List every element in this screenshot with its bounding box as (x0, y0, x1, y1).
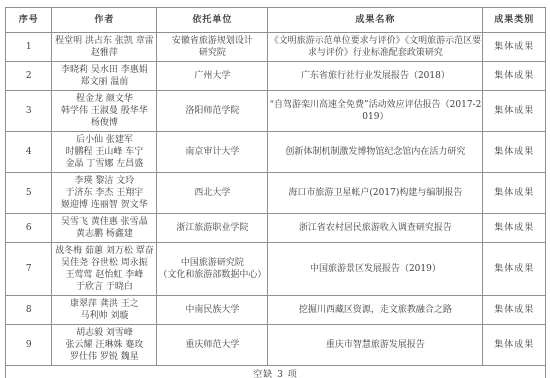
institution-cell-line: 中南民族大学 (158, 304, 266, 316)
achievement-cell: “自驾游栾川高速全免费”活动效应评估报告（2017-2019） (268, 91, 483, 132)
table-row: 5李瑛 黎洁 文玲于济东 李杰 王翔宇姬迎博 连丽智 贺文华西北大学海口市旅游卫… (6, 173, 546, 214)
row-number-cell: 4 (6, 132, 52, 173)
achievement-cell: 浙江省农村居民旅游收入调查研究报告 (268, 214, 483, 243)
achievement-cell-line: 《文明旅游示范单位要求与评价》《文明旅游示范区要求与评价》行业标准配套政策研究 (269, 35, 481, 59)
achievement-cell-line: 重庆市智慧旅游发展报告 (269, 339, 481, 351)
category-cell: 集体成果 (483, 214, 546, 243)
row-number-cell: 2 (6, 62, 52, 91)
authors-cell-line: 金晶 丁雪娜 左昌盛 (53, 158, 155, 170)
category-cell-line: 集体成果 (484, 339, 544, 351)
achievement-cell: 挖掘川西藏区资源，走文旅教融合之路 (268, 296, 483, 325)
category-cell: 集体成果 (483, 62, 546, 91)
row-number-cell-line: 9 (7, 339, 50, 351)
category-cell-line: 集体成果 (484, 41, 544, 53)
row-number-cell-line: 3 (7, 105, 50, 117)
achievement-cell: 中国旅游景区发展报告（2019） (268, 243, 483, 296)
category-cell: 集体成果 (483, 243, 546, 296)
category-cell-line: 集体成果 (484, 263, 544, 275)
table-body: 1程堂明 洪占东 张凯 章雷赵雅萍安徽省旅游规划设计研究院《文明旅游示范单位要求… (6, 33, 546, 366)
category-cell: 集体成果 (483, 33, 546, 62)
authors-cell-line: 李晓莉 吴水田 李惠娟 (53, 64, 155, 76)
authors-cell-line: 胡志毅 刘雪峰 (53, 327, 155, 339)
row-number-cell-line: 7 (7, 263, 50, 275)
table-row: 1程堂明 洪占东 张凯 章雷赵雅萍安徽省旅游规划设计研究院《文明旅游示范单位要求… (6, 33, 546, 62)
institution-cell-line: 洛阳师范学院 (158, 105, 266, 117)
achievement-cell: 海口市旅游卫星帐户(2017)构建与编制报告 (268, 173, 483, 214)
authors-cell-line: 郑文丽 温前 (53, 76, 155, 88)
institution-cell: 安徽省旅游规划设计研究院 (157, 33, 268, 62)
institution-cell-line: （文化和旅游部数据中心） (158, 269, 266, 281)
institution-cell-line: 安徽省旅游规划设计 (158, 35, 266, 47)
authors-cell-line: 于济东 李杰 王翔宇 (53, 187, 155, 199)
row-number-cell: 1 (6, 33, 52, 62)
header-institution: 依托单位 (157, 8, 268, 33)
row-number-cell: 9 (6, 325, 52, 366)
institution-cell: 西北大学 (157, 173, 268, 214)
authors-cell-line: 王莺莺 赵怡虹 李峰 (53, 269, 155, 281)
authors-cell-line: 姬迎博 连丽智 贺文华 (53, 199, 155, 211)
table-row: 4后小仙 张建军时鹏程 王山峰 车宁金晶 丁雪娜 左昌盛南京审计大学创新体制机制… (6, 132, 546, 173)
category-cell: 集体成果 (483, 132, 546, 173)
authors-cell: 吴雪飞 黄佳惠 张雪晶黄志鹏 杨鑫建 (52, 214, 157, 243)
vacancy-note: 空缺 3 项 (6, 366, 546, 378)
row-number-cell-line: 5 (7, 187, 50, 199)
row-number-cell: 6 (6, 214, 52, 243)
table-row: 7战冬梅 茹蕙 刘万松 覃奋吴佳尧 谷世松 周永振王莺莺 赵怡虹 李峰于欣言 于… (6, 243, 546, 296)
achievement-cell-line: “自驾游栾川高速全免费”活动效应评估报告（2017-2019） (269, 99, 481, 123)
institution-cell-line: 研究院 (158, 47, 266, 59)
row-number-cell: 8 (6, 296, 52, 325)
authors-cell-line: 程金龙 颜文华 (53, 93, 155, 105)
footer-row: 空缺 3 项 (6, 366, 546, 378)
achievement-cell-line: 浙江省农村居民旅游收入调查研究报告 (269, 222, 481, 234)
row-number-cell-line: 4 (7, 146, 50, 158)
category-cell-line: 集体成果 (484, 70, 544, 82)
authors-cell: 后小仙 张建军时鹏程 王山峰 车宁金晶 丁雪娜 左昌盛 (52, 132, 157, 173)
category-cell-line: 集体成果 (484, 146, 544, 158)
category-cell-line: 集体成果 (484, 187, 544, 199)
institution-cell-line: 中国旅游研究院 (158, 257, 266, 269)
institution-cell-line: 浙江旅游职业学院 (158, 222, 266, 234)
category-cell: 集体成果 (483, 91, 546, 132)
row-number-cell: 5 (6, 173, 52, 214)
row-number-cell: 3 (6, 91, 52, 132)
authors-cell-line: 李瑛 黎洁 文玲 (53, 175, 155, 187)
institution-cell-line: 南京审计大学 (158, 146, 266, 158)
authors-cell: 战冬梅 茹蕙 刘万松 覃奋吴佳尧 谷世松 周永振王莺莺 赵怡虹 李峰于欣言 于晓… (52, 243, 157, 296)
institution-cell: 中南民族大学 (157, 296, 268, 325)
header-achievement-name: 成果名称 (268, 8, 483, 33)
institution-cell: 南京审计大学 (157, 132, 268, 173)
authors-cell-line: 杨俊博 (53, 117, 155, 129)
header-authors: 作者 (52, 8, 157, 33)
institution-cell: 广州大学 (157, 62, 268, 91)
achievement-cell-line: 中国旅游景区发展报告（2019） (269, 263, 481, 275)
authors-cell-line: 吴雪飞 黄佳惠 张雪晶 (53, 216, 155, 228)
achievement-cell-line: 挖掘川西藏区资源，走文旅教融合之路 (269, 304, 481, 316)
authors-cell: 康翠萍 龚洪 王之马利帅 刘璇 (52, 296, 157, 325)
institution-cell-line: 重庆师范大学 (158, 339, 266, 351)
authors-cell: 李瑛 黎洁 文玲于济东 李杰 王翔宇姬迎博 连丽智 贺文华 (52, 173, 157, 214)
table-row: 6吴雪飞 黄佳惠 张雪晶黄志鹏 杨鑫建浙江旅游职业学院浙江省农村居民旅游收入调查… (6, 214, 546, 243)
authors-cell-line: 张云耀 汪琳姝 蹇玫 (53, 339, 155, 351)
authors-cell-line: 罗仕伟 罗锐 魏星 (53, 351, 155, 363)
authors-cell-line: 马利帅 刘璇 (53, 310, 155, 322)
authors-cell: 程堂明 洪占东 张凯 章雷赵雅萍 (52, 33, 157, 62)
institution-cell: 重庆师范大学 (157, 325, 268, 366)
authors-cell-line: 于欣言 于晓白 (53, 281, 155, 293)
table-footer: 空缺 3 项 (6, 366, 546, 378)
authors-cell-line: 战冬梅 茹蕙 刘万松 覃奋 (53, 245, 155, 257)
institution-cell: 浙江旅游职业学院 (157, 214, 268, 243)
authors-cell-line: 后小仙 张建军 (53, 134, 155, 146)
category-cell: 集体成果 (483, 173, 546, 214)
authors-cell-line: 赵雅萍 (53, 47, 155, 59)
table-header: 序号 作者 依托单位 成果名称 成果类别 (6, 8, 546, 33)
authors-cell-line: 韩学伟 王淑曼 殷华华 (53, 105, 155, 117)
category-cell-line: 集体成果 (484, 105, 544, 117)
authors-cell-line: 黄志鹏 杨鑫建 (53, 228, 155, 240)
institution-cell-line: 西北大学 (158, 187, 266, 199)
institution-cell: 中国旅游研究院（文化和旅游部数据中心） (157, 243, 268, 296)
row-number-cell-line: 8 (7, 304, 50, 316)
header-serial-number: 序号 (6, 8, 52, 33)
table-row: 2李晓莉 吴水田 李惠娟郑文丽 温前广州大学广东省旅行社行业发展报告（2018）… (6, 62, 546, 91)
authors-cell: 胡志毅 刘雪峰张云耀 汪琳姝 蹇玫罗仕伟 罗锐 魏星 (52, 325, 157, 366)
category-cell: 集体成果 (483, 296, 546, 325)
header-row: 序号 作者 依托单位 成果名称 成果类别 (6, 8, 546, 33)
table-row: 9胡志毅 刘雪峰张云耀 汪琳姝 蹇玫罗仕伟 罗锐 魏星重庆师范大学重庆市智慧旅游… (6, 325, 546, 366)
achievement-cell: 创新体制机制激发博物馆纪念馆内在活力研究 (268, 132, 483, 173)
row-number-cell: 7 (6, 243, 52, 296)
authors-cell-line: 吴佳尧 谷世松 周永振 (53, 257, 155, 269)
achievements-table: 序号 作者 依托单位 成果名称 成果类别 1程堂明 洪占东 张凯 章雷赵雅萍安徽… (5, 7, 546, 378)
category-cell: 集体成果 (483, 325, 546, 366)
authors-cell-line: 康翠萍 龚洪 王之 (53, 298, 155, 310)
achievement-cell-line: 海口市旅游卫星帐户(2017)构建与编制报告 (269, 187, 481, 199)
authors-cell-line: 程堂明 洪占东 张凯 章雷 (53, 35, 155, 47)
category-cell-line: 集体成果 (484, 304, 544, 316)
table-row: 8康翠萍 龚洪 王之马利帅 刘璇中南民族大学挖掘川西藏区资源，走文旅教融合之路集… (6, 296, 546, 325)
category-cell-line: 集体成果 (484, 222, 544, 234)
institution-cell-line: 广州大学 (158, 70, 266, 82)
achievement-cell: 重庆市智慧旅游发展报告 (268, 325, 483, 366)
header-category: 成果类别 (483, 8, 546, 33)
authors-cell-line: 时鹏程 王山峰 车宁 (53, 146, 155, 158)
table-row: 3程金龙 颜文华韩学伟 王淑曼 殷华华杨俊博洛阳师范学院“自驾游栾川高速全免费”… (6, 91, 546, 132)
row-number-cell-line: 6 (7, 222, 50, 234)
achievement-cell-line: 创新体制机制激发博物馆纪念馆内在活力研究 (269, 146, 481, 158)
achievement-cell-line: 广东省旅行社行业发展报告（2018） (269, 70, 481, 82)
achievement-cell: 广东省旅行社行业发展报告（2018） (268, 62, 483, 91)
row-number-cell-line: 1 (7, 41, 50, 53)
row-number-cell-line: 2 (7, 70, 50, 82)
authors-cell: 李晓莉 吴水田 李惠娟郑文丽 温前 (52, 62, 157, 91)
achievement-cell: 《文明旅游示范单位要求与评价》《文明旅游示范区要求与评价》行业标准配套政策研究 (268, 33, 483, 62)
institution-cell: 洛阳师范学院 (157, 91, 268, 132)
authors-cell: 程金龙 颜文华韩学伟 王淑曼 殷华华杨俊博 (52, 91, 157, 132)
